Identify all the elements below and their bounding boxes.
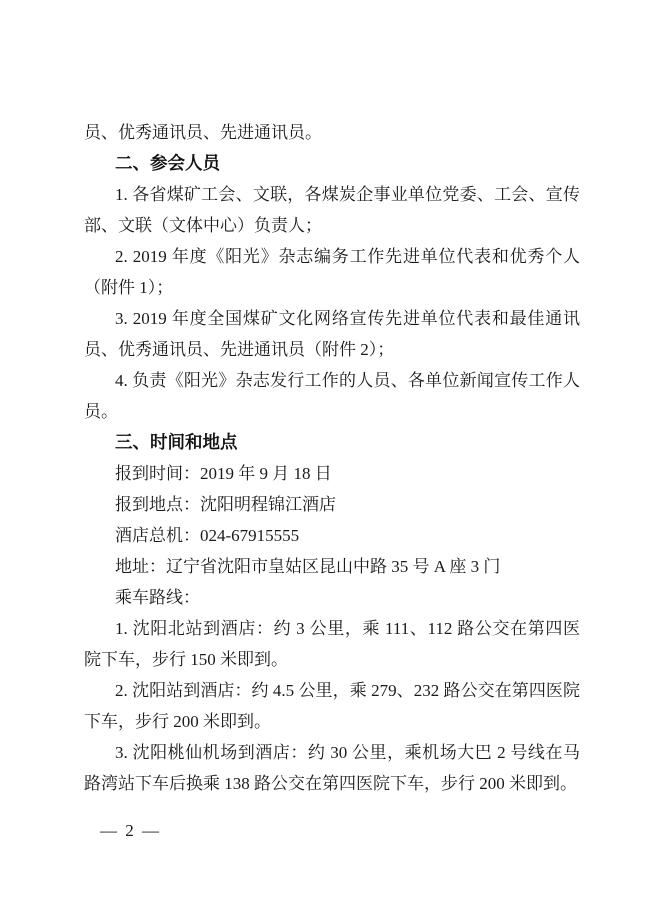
section-heading: 二、参会人员 [84, 148, 580, 179]
paragraph: 4. 负责《阳光》杂志发行工作的人员、各单位新闻宣传工作人员。 [84, 365, 580, 427]
paragraph: 乘车路线： [84, 582, 580, 613]
paragraph: 报到地点：沈阳明程锦江酒店 [84, 489, 580, 520]
paragraph: 2. 沈阳站到酒店：约 4.5 公里，乘 279、232 路公交在第四医院下车，… [84, 675, 580, 737]
document-body: 员、优秀通讯员、先进通讯员。二、参会人员1. 各省煤矿工会、文联，各煤炭企事业单… [84, 117, 580, 799]
paragraph: 3. 2019 年度全国煤矿文化网络宣传先进单位代表和最佳通讯员、优秀通讯员、先… [84, 303, 580, 365]
paragraph: 酒店总机：024-67915555 [84, 520, 580, 551]
paragraph: 1. 各省煤矿工会、文联，各煤炭企事业单位党委、工会、宣传部、文联（文体中心）负… [84, 179, 580, 241]
section-heading: 三、时间和地点 [84, 427, 580, 458]
document-page: 员、优秀通讯员、先进通讯员。二、参会人员1. 各省煤矿工会、文联，各煤炭企事业单… [0, 0, 650, 919]
paragraph: 3. 沈阳桃仙机场到酒店：约 30 公里，乘机场大巴 2 号线在马路湾站下车后换… [84, 737, 580, 799]
paragraph: 地址：辽宁省沈阳市皇姑区昆山中路 35 号 A 座 3 门 [84, 551, 580, 582]
paragraph: 报到时间：2019 年 9 月 18 日 [84, 458, 580, 489]
paragraph: 2. 2019 年度《阳光》杂志编务工作先进单位代表和优秀个人（附件 1）； [84, 241, 580, 303]
page-number: — 2 — [100, 820, 161, 842]
paragraph: 1. 沈阳北站到酒店：约 3 公里，乘 111、112 路公交在第四医院下车，步… [84, 613, 580, 675]
paragraph: 员、优秀通讯员、先进通讯员。 [84, 117, 580, 148]
